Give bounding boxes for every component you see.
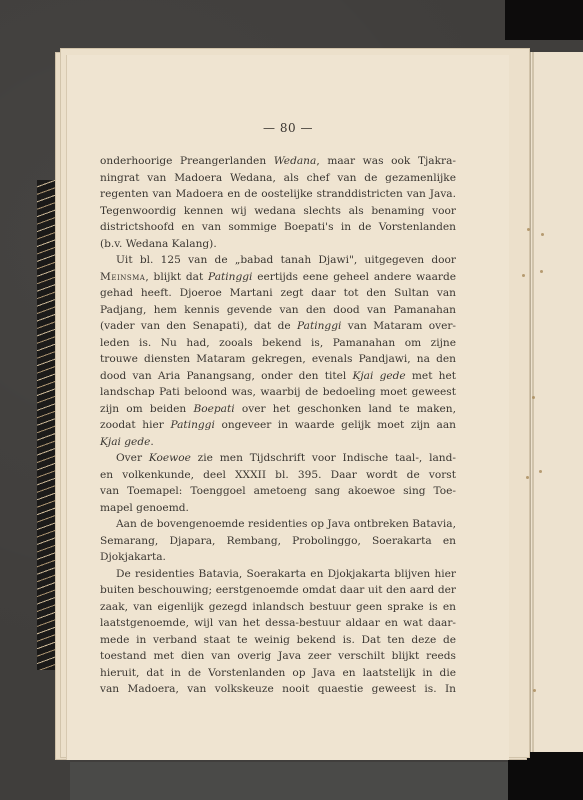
text-line: laatstgenoemde, wijl van het dessa-bestu… xyxy=(100,615,456,632)
text-run: De residenties Batavia, Soerakarta en Dj… xyxy=(116,568,456,580)
italic-term: Koewoe xyxy=(149,452,191,464)
text-line: Tegenwoordig kennen wij wedana slechts a… xyxy=(100,203,456,220)
text-run: mapel genoemd. xyxy=(100,502,189,514)
text-line: Aan de bovengenoemde residenties op Java… xyxy=(100,516,456,533)
text-run: en volkenkunde, deel XXXII bl. 395. Daar… xyxy=(100,469,456,481)
text-line: Djokjakarta. xyxy=(100,549,456,566)
text-line: Uit bl. 125 van de „babad tanah Djawi", … xyxy=(100,252,456,269)
author-name: Meinsma xyxy=(100,271,145,283)
text-line: trouwe diensten Mataram gekregen, evenal… xyxy=(100,351,456,368)
text-run: leden is. Nu had, zooals bekend is, Pama… xyxy=(100,337,456,349)
body-text: onderhoorige Preangerlanden Wedana, maar… xyxy=(100,153,456,698)
text-run: van Toemapel: Toenggoel ametoeng sang ak… xyxy=(100,485,456,497)
text-line: Meinsma, blijkt dat Patinggi eertijds ee… xyxy=(100,269,456,286)
text-line: Kjai gede. xyxy=(100,434,456,451)
text-run: landschap Pati beloond was, waarbij de b… xyxy=(100,386,456,398)
shadow-gap-top xyxy=(505,0,583,40)
foxing-spot xyxy=(522,274,525,277)
text-line: dood van Aria Panangsang, onder den tite… xyxy=(100,368,456,385)
text-run: met het xyxy=(406,370,456,382)
foxing-spot xyxy=(527,228,530,231)
text-run: zie men Tijdschrift voor Indische taal-,… xyxy=(191,452,456,464)
italic-term: Wedana xyxy=(274,155,317,167)
text-run: ningrat van Madoera Wedana, als chef van… xyxy=(100,172,456,184)
text-run: buiten beschouwing; eerstgenoemde omdat … xyxy=(100,584,456,596)
italic-term: Patinggi xyxy=(208,271,252,283)
text-run: , blijkt dat xyxy=(145,271,208,283)
foxing-spot xyxy=(541,233,544,236)
italic-term: Patinggi xyxy=(297,320,341,332)
text-line: Semarang, Djapara, Rembang, Probolinggo,… xyxy=(100,533,456,550)
text-line: De residenties Batavia, Soerakarta en Dj… xyxy=(100,566,456,583)
text-run: Padjang, hem kennis gevende van den dood… xyxy=(100,304,456,316)
text-run: eertijds eene geheel andere waarde xyxy=(252,271,456,283)
text-run: toestand met dien van overig Java zeer v… xyxy=(100,650,456,662)
marbled-page-edge xyxy=(37,180,55,670)
text-line: zaak, van eigenlijk gezegd inlandsch bes… xyxy=(100,599,456,616)
text-run: van Madoera, van volkskeuze nooit quaest… xyxy=(100,683,456,695)
text-line: onderhoorige Preangerlanden Wedana, maar… xyxy=(100,153,456,170)
foxing-spot xyxy=(532,396,535,399)
facing-page-edge xyxy=(530,52,583,752)
page-number: — 80 — xyxy=(67,121,509,135)
text-run: dood van Aria Panangsang, onder den tite… xyxy=(100,370,352,382)
text-line: districtshoofd en van sommige Boepati's … xyxy=(100,219,456,236)
text-line: van Toemapel: Toenggoel ametoeng sang ak… xyxy=(100,483,456,500)
cover-bottom xyxy=(70,762,510,800)
text-line: van Madoera, van volkskeuze nooit quaest… xyxy=(100,681,456,698)
text-run: over het geschonken land te maken, xyxy=(235,403,456,415)
text-run: van Mataram over- xyxy=(341,320,456,332)
text-line: hieruit, dat in de Vorstenlanden op Java… xyxy=(100,665,456,682)
text-run: (vader van den Senapati), dat de xyxy=(100,320,297,332)
text-run: Uit bl. 125 van de „babad tanah Djawi", … xyxy=(116,254,456,266)
text-run: onderhoorige Preangerlanden xyxy=(100,155,274,167)
text-run: , maar was ook Tjakra- xyxy=(316,155,456,167)
text-line: mapel genoemd. xyxy=(100,500,456,517)
text-line: zoodat hier Patinggi ongeveer in waarde … xyxy=(100,417,456,434)
text-run: . xyxy=(150,436,153,448)
text-line: ningrat van Madoera Wedana, als chef van… xyxy=(100,170,456,187)
text-line: gehad heeft. Djoeroe Martani zegt daar t… xyxy=(100,285,456,302)
italic-term: Kjai gede xyxy=(100,436,150,448)
text-run: (b.v. Wedana Kalang). xyxy=(100,238,217,250)
foxing-spot xyxy=(533,689,536,692)
foxing-spot xyxy=(540,270,543,273)
gutter-line xyxy=(532,52,534,752)
text-run: Djokjakarta. xyxy=(100,551,166,563)
italic-term: Patinggi xyxy=(170,419,214,431)
text-run: zaak, van eigenlijk gezegd inlandsch bes… xyxy=(100,601,456,613)
text-line: landschap Pati beloond was, waarbij de b… xyxy=(100,384,456,401)
text-run: zoodat hier xyxy=(100,419,170,431)
text-line: buiten beschouwing; eerstgenoemde omdat … xyxy=(100,582,456,599)
text-run: mede in verband staat te weinig bekend i… xyxy=(100,634,456,646)
italic-term: Boepati xyxy=(193,403,234,415)
text-line: zijn om beiden Boepati over het geschonk… xyxy=(100,401,456,418)
italic-term: Kjai gede xyxy=(352,370,405,382)
text-run: laatstgenoemde, wijl van het dessa-bestu… xyxy=(100,617,456,629)
text-run: Over xyxy=(116,452,149,464)
text-run: districtshoofd en van sommige Boepati's … xyxy=(100,221,456,233)
text-run: trouwe diensten Mataram gekregen, evenal… xyxy=(100,353,456,365)
text-line: toestand met dien van overig Java zeer v… xyxy=(100,648,456,665)
text-run: hieruit, dat in de Vorstenlanden op Java… xyxy=(100,667,456,679)
text-run: regenten van Madoera en de oostelijke st… xyxy=(100,188,456,200)
text-run: zijn om beiden xyxy=(100,403,193,415)
text-line: (vader van den Senapati), dat de Patingg… xyxy=(100,318,456,335)
text-run: gehad heeft. Djoeroe Martani zegt daar t… xyxy=(100,287,456,299)
text-line: Over Koewoe zie men Tijdschrift voor Ind… xyxy=(100,450,456,467)
text-line: mede in verband staat te weinig bekend i… xyxy=(100,632,456,649)
text-run: ongeveer in waarde gelijk moet zijn aan xyxy=(215,419,456,431)
text-line: regenten van Madoera en de oostelijke st… xyxy=(100,186,456,203)
text-line: leden is. Nu had, zooals bekend is, Pama… xyxy=(100,335,456,352)
text-line: (b.v. Wedana Kalang). xyxy=(100,236,456,253)
text-run: Aan de bovengenoemde residenties op Java… xyxy=(116,518,456,530)
text-line: Padjang, hem kennis gevende van den dood… xyxy=(100,302,456,319)
text-line: en volkenkunde, deel XXXII bl. 395. Daar… xyxy=(100,467,456,484)
foxing-spot xyxy=(539,470,542,473)
text-run: Tegenwoordig kennen wij wedana slechts a… xyxy=(100,205,456,217)
text-run: Semarang, Djapara, Rembang, Probolinggo,… xyxy=(100,535,456,547)
foxing-spot xyxy=(526,476,529,479)
